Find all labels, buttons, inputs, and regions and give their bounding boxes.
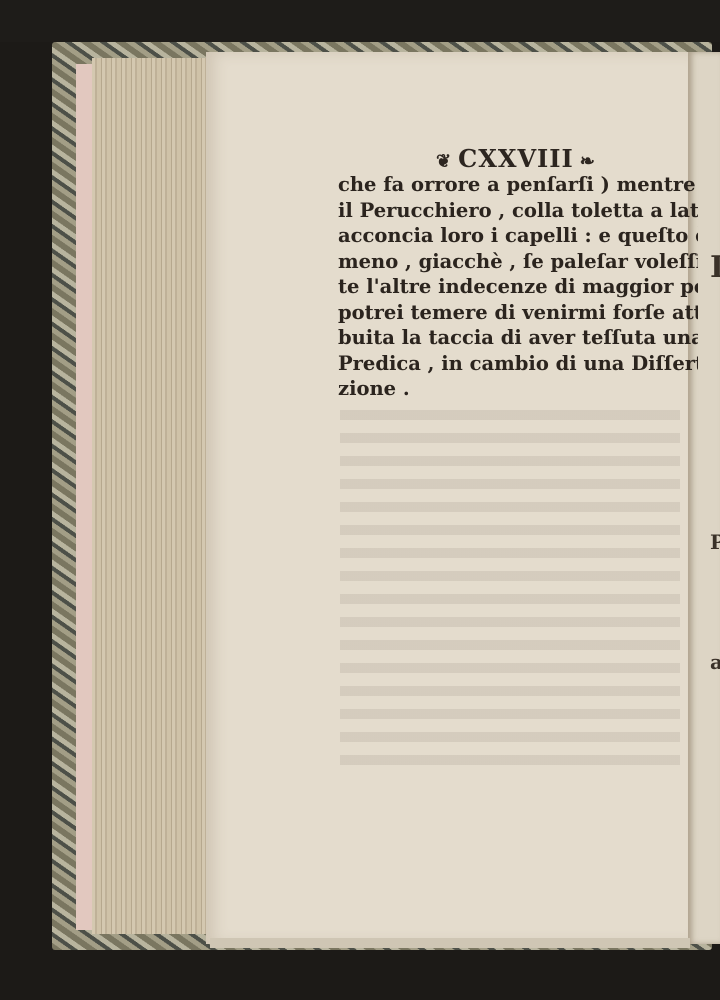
page-block-edges	[92, 58, 210, 934]
ornament-right-icon: ❧	[580, 151, 596, 172]
text-line: te l'altre indecenze di maggior peſo,	[338, 274, 698, 300]
body-text: che fa orrore a penſarſi ) mentre che il…	[338, 172, 698, 402]
text-line: che fa orrore a penſarſi ) mentre che	[338, 172, 698, 198]
page-header: ❦CXXVIII❧	[430, 144, 610, 173]
text-line: zione .	[338, 376, 698, 402]
page-number: CXXVIII	[458, 144, 574, 173]
facing-page-glyph: P	[710, 530, 720, 554]
show-through-text	[340, 410, 680, 770]
text-line: meno , giacchè , ſe paleſar voleſſi tut-	[338, 249, 698, 275]
text-line: buita la taccia di aver teſſuta una	[338, 325, 698, 351]
page-bottom-edge	[210, 938, 690, 948]
facing-page-glyph: a	[710, 650, 720, 674]
text-line: il Perucchiero , colla toletta a lato ,	[338, 198, 698, 224]
ornament-left-icon: ❦	[436, 151, 452, 172]
text-line: potrei temere di venirmi forſe attri-	[338, 300, 698, 326]
text-line: acconcia loro i capelli : e queſto è il	[338, 223, 698, 249]
facing-page-glyph: I	[710, 250, 720, 285]
background-top	[0, 0, 720, 42]
text-line: Predica , in cambio di una Diſſerta-	[338, 351, 698, 377]
